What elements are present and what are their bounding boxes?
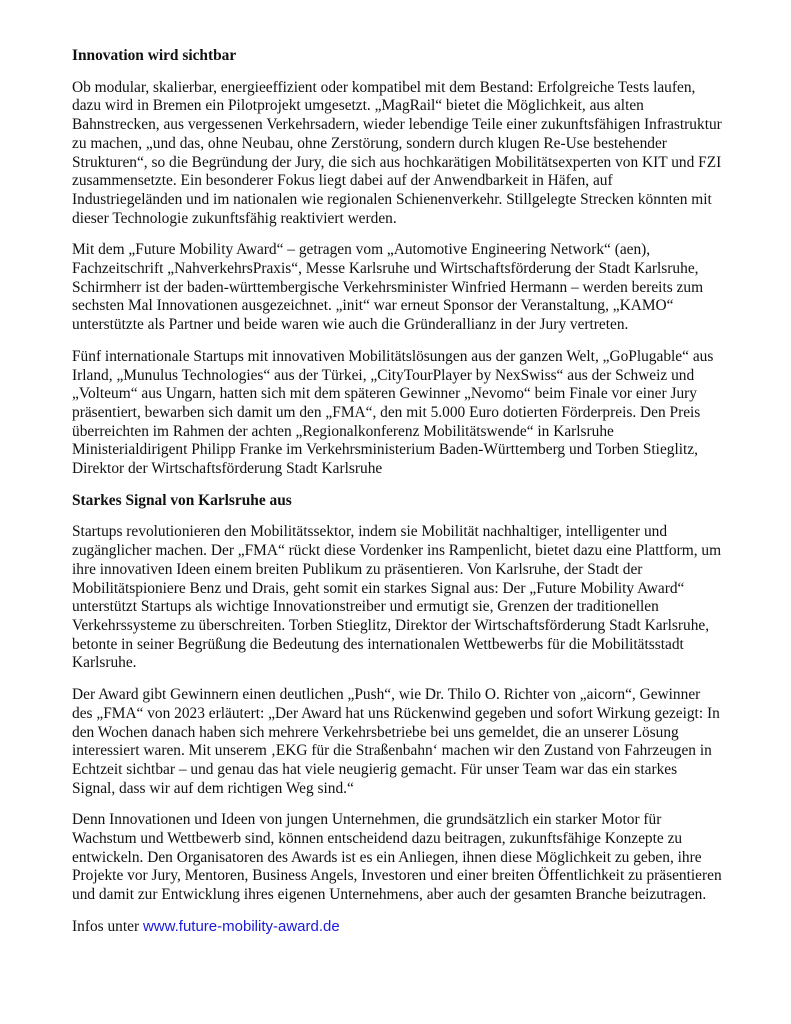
paragraph: Mit dem „Future Mobility Award“ – getrag… [72, 241, 724, 335]
paragraph: Startups revolutionieren den Mobilitätss… [72, 523, 724, 673]
paragraph: Denn Innovationen und Ideen von jungen U… [72, 811, 724, 905]
info-line: Infos unter www.future-mobility-award.de [72, 918, 724, 937]
paragraph: Fünf internationale Startups mit innovat… [72, 348, 724, 479]
website-link[interactable]: www.future-mobility-award.de [143, 918, 340, 935]
paragraph: Der Award gibt Gewinnern einen deutliche… [72, 686, 724, 798]
section-heading-innovation: Innovation wird sichtbar [72, 47, 724, 66]
paragraph: Ob modular, skalierbar, energieeffizient… [72, 79, 724, 229]
section-heading-signal: Starkes Signal von Karlsruhe aus [72, 492, 724, 511]
document-page: Innovation wird sichtbar Ob modular, ska… [72, 47, 724, 950]
info-prefix: Infos unter [72, 918, 143, 935]
